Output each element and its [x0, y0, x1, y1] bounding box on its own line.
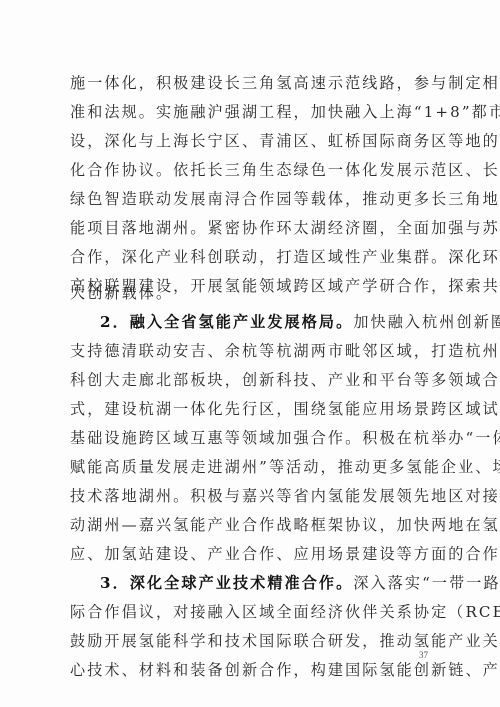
section-3-heading-line: 3．深化全球产业技术精准合作。深入落实“一带一路”国	[100, 572, 432, 594]
document-page: 施一体化，积极建设长三角氢高速示范线路，参与制定相关标 准和法规。实施融沪强湖工…	[0, 0, 500, 707]
body-line: 技术落地湖州。积极与嘉兴等省内氢能发展领先地区对接，推	[70, 485, 432, 507]
section-3-heading: 3．深化全球产业技术精准合作。	[100, 574, 353, 592]
body-line: 基础设施跨区域互惠等领域加强合作。积极在杭举办“一体化	[70, 427, 432, 449]
body-line-text: 深入落实“一带一路”国	[353, 574, 500, 592]
body-line: 大创新载体。	[70, 282, 432, 304]
body-line: 科创大走廊北部板块，创新科技、产业和平台等多领域合作模	[70, 369, 432, 391]
body-line: 式，建设杭湖一体化先行区，围绕氢能应用场景跨区域试验、	[70, 398, 432, 420]
body-line-text: 加快融入杭州创新圈，	[353, 313, 500, 331]
body-line-text: 大创新载体。	[70, 284, 173, 302]
body-line: 化合作协议。依托长三角生态绿色一体化发展示范区、长三角	[70, 159, 432, 181]
body-line: 心技术、材料和装备创新合作，构建国际氢能创新链、产业链。	[70, 659, 432, 681]
section-2-heading: 2．融入全省氢能产业发展格局。	[100, 313, 353, 331]
page-number: 37	[419, 650, 428, 660]
body-line: 支持德清联动安吉、余杭等杭湖两市毗邻区域，打造杭州城西	[70, 340, 432, 362]
body-line: 绿色智造联动发展南浔合作园等载体，推动更多长三角地区氢	[70, 188, 432, 210]
body-line: 施一体化，积极建设长三角氢高速示范线路，参与制定相关标	[70, 72, 432, 94]
body-line: 鼓励开展氢能科学和技术国际联合研发，推动氢能产业关键核	[70, 630, 432, 652]
body-line: 动湖州—嘉兴氢能产业合作战略框架协议，加快两地在氢源供	[70, 514, 432, 536]
body-line: 准和法规。实施融沪强湖工程，加快融入上海“1+8”都市圈建	[70, 101, 432, 123]
body-line: 能项目落地湖州。紧密协作环太湖经济圈，全面加强与苏锡常	[70, 217, 432, 239]
body-line: 设，深化与上海长宁区、青浦区、虹桥国际商务区等地的一体	[70, 130, 432, 152]
body-line: 赋能高质量发展走进湖州”等活动，推动更多氢能企业、场景、	[70, 456, 432, 478]
body-line: 合作，深化产业科创联动，打造区域性产业集群。深化环太湖	[70, 246, 432, 268]
body-line: 际合作倡议，对接融入区域全面经济伙伴关系协定（RCEP），	[70, 601, 432, 623]
section-2-heading-line: 2．融入全省氢能产业发展格局。加快融入杭州创新圈，	[100, 311, 432, 333]
body-line: 应、加氢站建设、产业合作、应用场景建设等方面的合作。	[70, 543, 432, 565]
